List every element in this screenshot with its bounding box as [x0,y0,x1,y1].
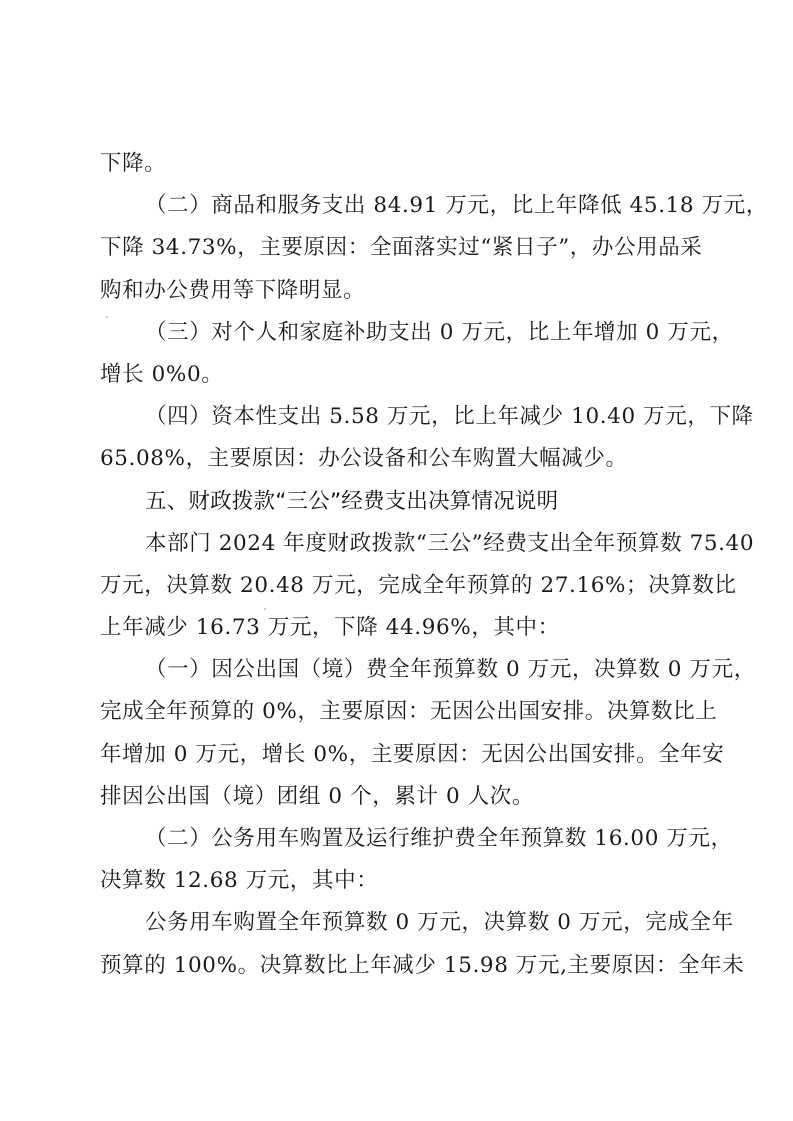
paragraph-line: （四）资本性支出 5.58 万元，比上年减少 10.40 万元，下降 [100,396,686,438]
paragraph-line: 公务用车购置全年预算数 0 万元，决算数 0 万元，完成全年 [100,902,686,944]
paragraph-line: 年增加 0 万元，增长 0%，主要原因：无因公出国安排。全年安 [100,734,686,776]
document-page: 下降。 （二）商品和服务支出 84.91 万元，比上年降低 45.18 万元， … [100,143,686,987]
scan-artifact [106,316,108,318]
paragraph-line: 排因公出国（境）团组 0 个，累计 0 人次。 [100,776,686,818]
scan-artifact [264,608,266,610]
paragraph-line: （三）对个人和家庭补助支出 0 万元，比上年增加 0 万元， [100,312,686,354]
paragraph-line: 上年减少 16.73 万元，下降 44.96%，其中： [100,607,686,649]
paragraph-line: 65.08%，主要原因：办公设备和公车购置大幅减少。 [100,438,686,480]
paragraph-line: （二）公务用车购置及运行维护费全年预算数 16.00 万元， [100,818,686,860]
paragraph-line: 下降 34.73%，主要原因：全面落实过“紧日子”，办公用品采 [100,227,686,269]
paragraph-line: 决算数 12.68 万元，其中： [100,860,686,902]
paragraph-line: 万元，决算数 20.48 万元，完成全年预算的 27.16%；决算数比 [100,565,686,607]
section-heading: 五、财政拨款“三公”经费支出决算情况说明 [100,481,686,523]
paragraph-line: 预算的 100%。决算数比上年减少 15.98 万元,主要原因：全年未 [100,945,686,987]
paragraph-line: （一）因公出国（境）费全年预算数 0 万元，决算数 0 万元， [100,649,686,691]
paragraph-line: 下降。 [100,143,686,185]
paragraph-line: （二）商品和服务支出 84.91 万元，比上年降低 45.18 万元， [100,185,686,227]
paragraph-line: 增长 0%0。 [100,354,686,396]
paragraph-line: 完成全年预算的 0%，主要原因：无因公出国安排。决算数比上 [100,691,686,733]
paragraph-line: 本部门 2024 年度财政拨款“三公”经费支出全年预算数 75.40 [100,523,686,565]
paragraph-line: 购和办公费用等下降明显。 [100,270,686,312]
